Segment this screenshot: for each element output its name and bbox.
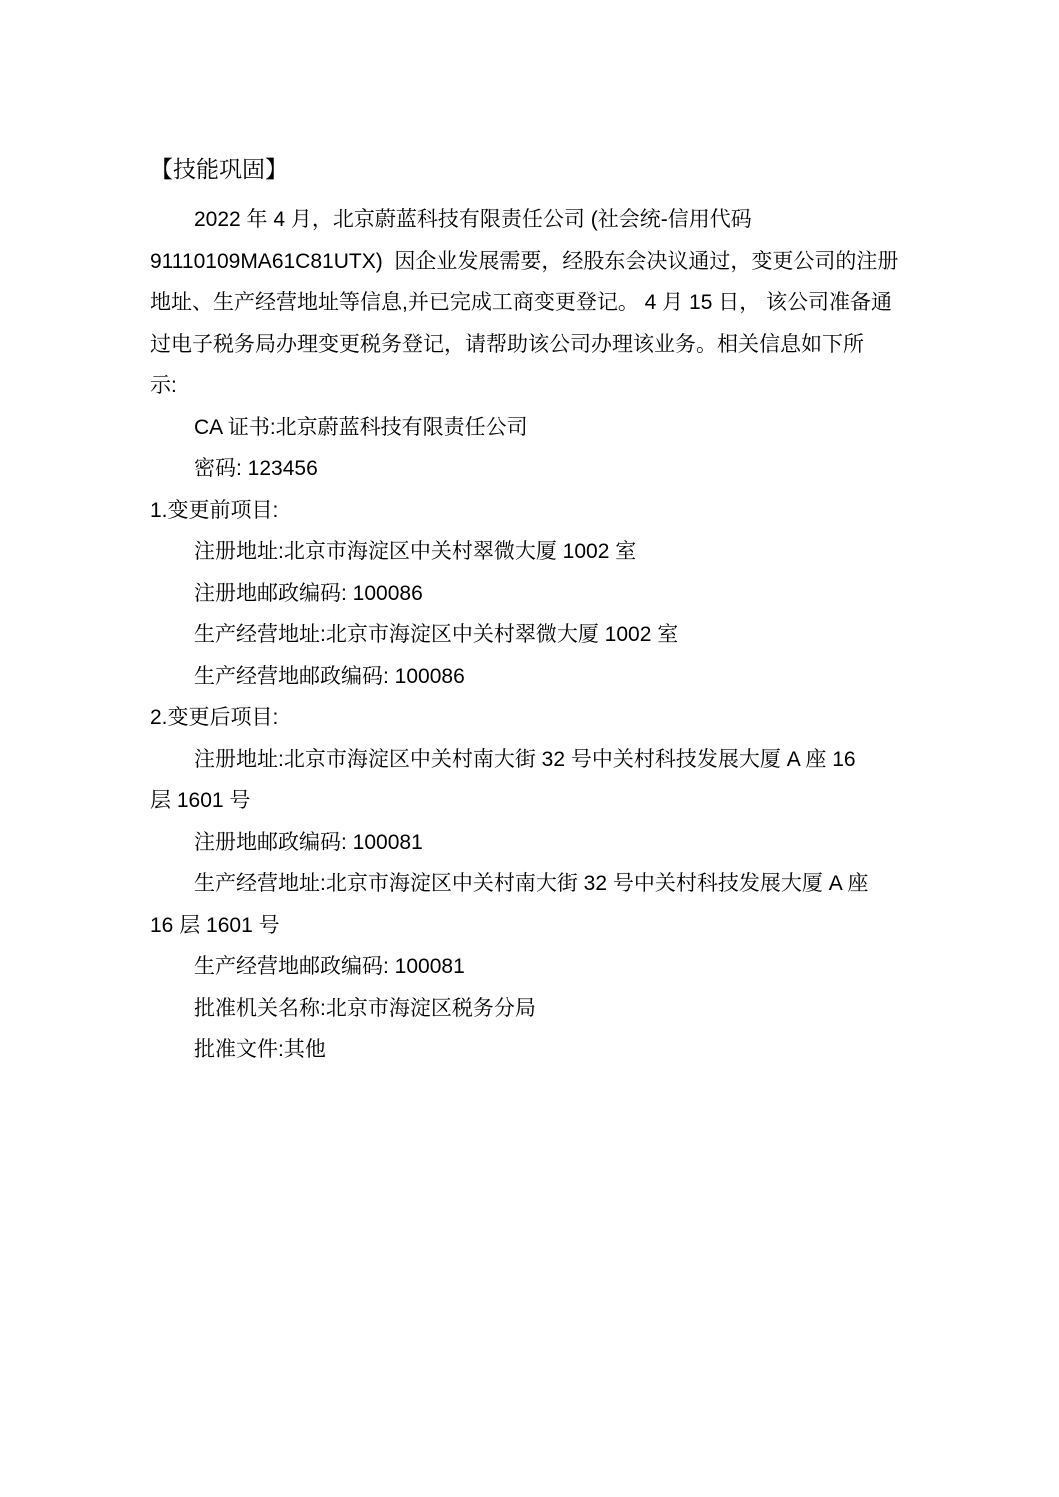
after-change-heading: 2.变更后项目: (150, 697, 912, 739)
before-change-heading: 1.变更前项目: (150, 490, 912, 532)
password-line: 密码: 123456 (150, 448, 912, 490)
after-registered-address-1: 注册地址:北京市海淀区中关村南大街 32 号中关村科技发展大厦 A 座 16 (150, 739, 912, 781)
after-business-postcode: 生产经营地邮政编码: 100081 (150, 946, 912, 988)
document-content: 【技能巩固】 2022 年 4 月，北京蔚蓝科技有限责任公司 (社会统-信用代码… (150, 148, 912, 1071)
after-business-address-1: 生产经营地址:北京市海淀区中关村南大街 32 号中关村科技发展大厦 A 座 (150, 863, 912, 905)
intro-line-4: 过电子税务局办理变更税务登记，请帮助该公司办理该业务。相关信息如下所 (150, 324, 912, 366)
approval-authority: 批准机关名称:北京市海淀区税务分局 (150, 988, 912, 1030)
intro-line-5: 示: (150, 365, 912, 407)
intro-line-2: 91110109MA61C81UTX) 因企业发展需要，经股东会决议通过，变更公… (150, 241, 912, 283)
approval-document: 批准文件:其他 (150, 1029, 912, 1071)
ca-certificate-line: CA 证书:北京蔚蓝科技有限责任公司 (150, 407, 912, 449)
section-heading: 【技能巩固】 (150, 148, 912, 190)
after-business-address-2: 16 层 1601 号 (150, 905, 912, 947)
after-registered-postcode: 注册地邮政编码: 100081 (150, 822, 912, 864)
before-registered-address: 注册地址:北京市海淀区中关村翠微大厦 1002 室 (150, 531, 912, 573)
document-page: 【技能巩固】 2022 年 4 月，北京蔚蓝科技有限责任公司 (社会统-信用代码… (0, 0, 1059, 1497)
before-business-address: 生产经营地址:北京市海淀区中关村翠微大厦 1002 室 (150, 614, 912, 656)
intro-line-1: 2022 年 4 月，北京蔚蓝科技有限责任公司 (社会统-信用代码 (150, 199, 912, 241)
before-registered-postcode: 注册地邮政编码: 100086 (150, 573, 912, 615)
after-registered-address-2: 层 1601 号 (150, 780, 912, 822)
intro-line-3: 地址、生产经营地址等信息,并已完成工商变更登记。 4 月 15 日， 该公司准备… (150, 282, 912, 324)
before-business-postcode: 生产经营地邮政编码: 100086 (150, 656, 912, 698)
